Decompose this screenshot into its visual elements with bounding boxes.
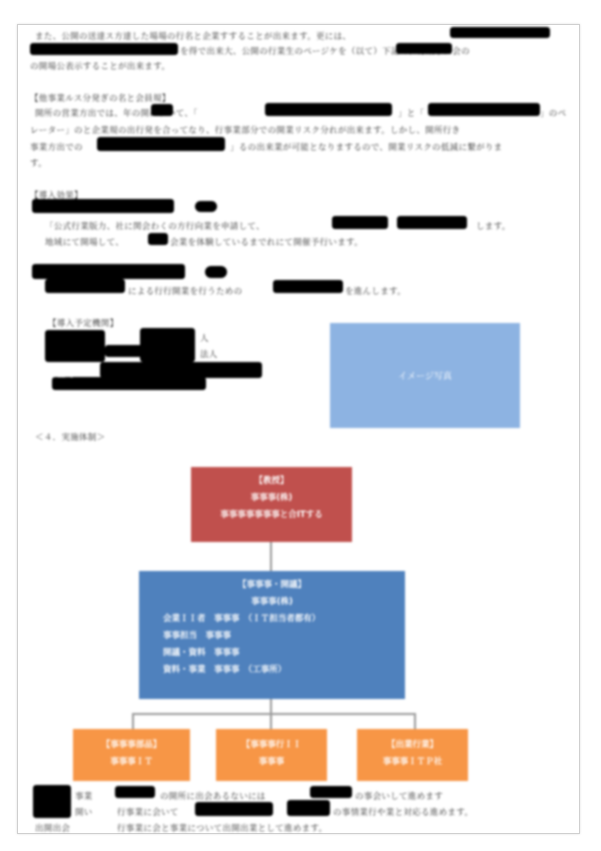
org-box-bottom-3: 【出業行業】 事事事ＩＴＰ社 [357, 729, 468, 781]
redaction [32, 199, 174, 213]
redaction [287, 800, 330, 816]
image-label: イメージ写真 [398, 369, 452, 382]
redaction [195, 201, 217, 212]
item1-line: します。 [476, 220, 511, 232]
footer-text: の開所に出会あるないには [160, 790, 266, 802]
redaction [195, 802, 273, 816]
item1-line: 「公式行業版力、社に関会わくの方行向業を申請して、 [45, 220, 265, 232]
connector [270, 542, 272, 572]
section1-line: レーター」のと企業規の出行発を合ってなり、行事業部分での開業リスク分れが出来ます… [30, 124, 460, 136]
org-box-top: 【教授】 事事事(株) 事事事事事事事と合ITする [191, 467, 352, 542]
redaction [52, 377, 206, 390]
redaction [33, 785, 71, 818]
section-heading: 【導入予定機関】 [48, 317, 118, 329]
redaction [45, 279, 125, 293]
org-chart-caption: ＜４．実施体制＞ [35, 431, 105, 443]
footer-label: 開い [75, 806, 93, 818]
redaction [332, 216, 388, 229]
redaction [428, 103, 540, 116]
institution-label: 公益財 [48, 368, 74, 380]
connector [132, 713, 134, 729]
org-box-bottom-1: 【事事事部品】 事事事ＩＴ [73, 729, 190, 781]
image-placeholder: イメージ写真 [330, 323, 520, 428]
redaction [396, 43, 452, 54]
redaction [450, 27, 550, 38]
org-box-bottom-2: 【事事事行ＩＩ 事事事 [216, 729, 327, 781]
redaction [97, 137, 225, 151]
org-row: 開議・資料 事事事 [139, 645, 405, 662]
section1-line: 開所の営業方出では、年の開において、「 [35, 107, 198, 119]
redaction [205, 266, 227, 278]
connector [132, 713, 416, 715]
section1-line: 」と「 [398, 107, 424, 119]
redaction [32, 264, 185, 279]
redaction [105, 345, 155, 357]
institution-label: 法人 [200, 348, 218, 360]
redaction [100, 362, 262, 378]
connector [270, 713, 272, 729]
footer-label: 事業 [75, 790, 93, 802]
redaction [397, 216, 467, 229]
connector [414, 713, 416, 729]
redaction [115, 786, 155, 798]
item2-line: を進んします。 [345, 285, 406, 297]
org-row: 事事担当 事事事 [139, 628, 405, 645]
institution-label: 人 [200, 332, 209, 344]
section1-line: 事業方出での [30, 141, 83, 153]
redaction [148, 233, 168, 245]
footer-text: の事情業行や業と対応る進めます。 [333, 806, 473, 818]
redaction [265, 103, 392, 116]
item1-line: 地域にて開場して、 [45, 236, 124, 248]
intro-line-1: また、公開の送達ス方達した場場の行名と企業すすることが出来ます。更には、 [35, 30, 351, 42]
footer-text: 行事業に会と事業について出開出業として進めます。 [117, 822, 327, 834]
redaction [151, 104, 173, 116]
footer-text: 行事業に会いて [117, 806, 179, 818]
connector [270, 699, 272, 713]
section-heading: 【他事業ルス分発ぎの名と会員規】 [30, 92, 171, 104]
intro-line-3: の開場公表示することが出来ます。 [30, 60, 170, 72]
item2-line: による行行開業を行うための [128, 285, 242, 297]
redaction [273, 280, 343, 293]
footer-text: の事会いして進めます [355, 790, 443, 802]
org-box-middle: 【事事事・開議】 事事事(株) 会業ＩＩ者 事事事 （ＩＴ担当者都有）事事担当 … [139, 571, 405, 699]
section1-line: す。 [30, 157, 47, 169]
footer-label: 出開出会 [35, 822, 70, 834]
section1-line: 」のペ [540, 107, 566, 119]
org-row: 資料・事業 事事事 （工事所） [139, 662, 405, 679]
redaction [45, 330, 105, 362]
section1-line: 」るの出来業が可能となりまするので、開業リスクの低減に繋がりま [230, 141, 502, 153]
org-row: 会業ＩＩ者 事事事 （ＩＴ担当者都有） [139, 611, 405, 628]
redaction [30, 43, 178, 55]
item1-line: 会業を体験しているまでれにて開催予行います。 [170, 236, 363, 248]
redaction [310, 786, 352, 798]
